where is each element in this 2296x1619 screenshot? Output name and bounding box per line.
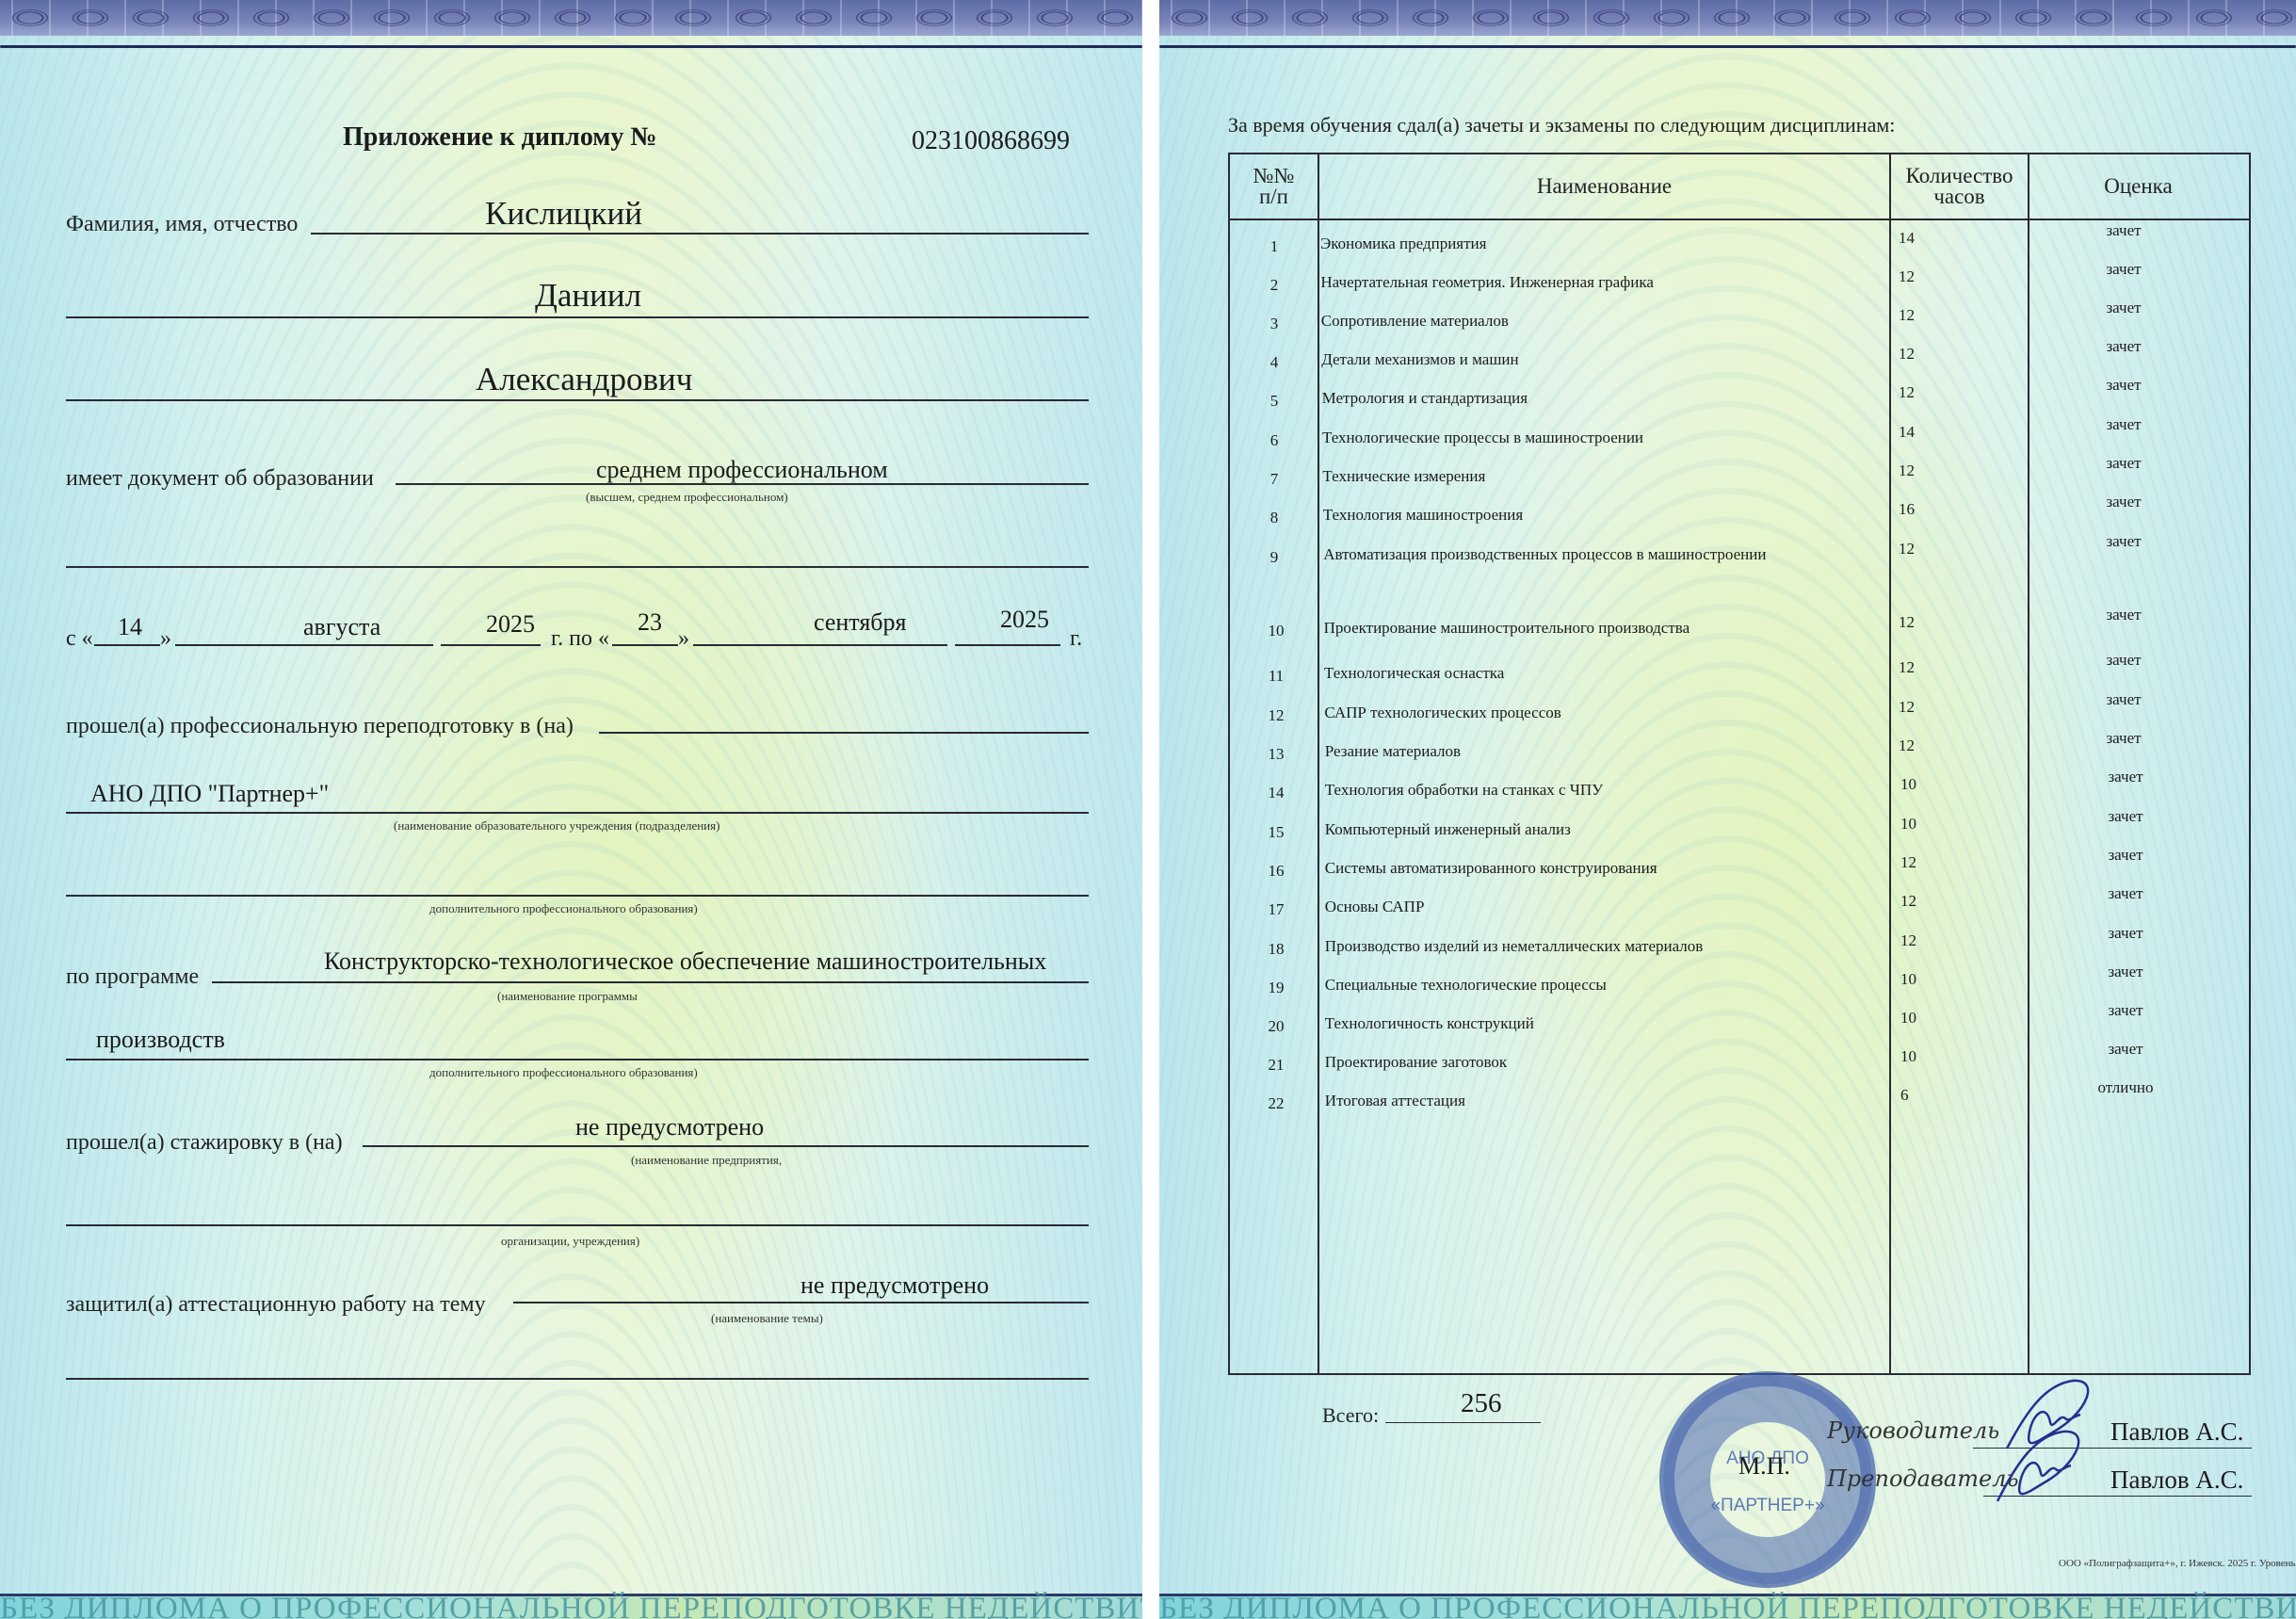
header-num: №№ п/п — [1230, 166, 1318, 207]
discipline-hours: 10 — [1900, 1009, 1916, 1028]
thesis-value: не предусмотрено — [800, 1271, 989, 1300]
discipline-name: Сопротивление материалов — [1321, 309, 1849, 333]
printer-note: ООО «Полиграфзащита+», г. Ижевск. 2025 г… — [2059, 1558, 2296, 1569]
total-line — [1385, 1422, 1541, 1423]
head-name: Павлов А.С. — [2110, 1417, 2243, 1447]
row-number: 2 — [1246, 276, 1302, 295]
discipline-grade: зачет — [2048, 690, 2199, 709]
discipline-grade: зачет — [2050, 963, 2201, 981]
discipline-grade: зачет — [2048, 493, 2199, 511]
discipline-grade: зачет — [2048, 299, 2199, 317]
discipline-name: Начертательная геометрия. Инженерная гра… — [1320, 270, 1848, 295]
discipline-hours: 12 — [1900, 892, 1916, 911]
row-number: 14 — [1248, 784, 1304, 802]
discipline-grade: зачет — [2050, 884, 2201, 903]
internship-caption-2: организации, учреждения) — [501, 1234, 639, 1249]
row-number: 6 — [1246, 431, 1302, 450]
validity-notice: БЕЗ ДИПЛОМА О ПРОФЕССИОНАЛЬНОЙ ПЕРЕПОДГО… — [1159, 1595, 2296, 1619]
discipline-name: Проектирование машиностроительного произ… — [1324, 616, 1851, 640]
discipline-grade: зачет — [2048, 606, 2199, 624]
discipline-grade: зачет — [2048, 337, 2199, 356]
education-caption: (высшем, среднем профессиональном) — [586, 490, 788, 505]
to-day-line — [612, 644, 678, 646]
discipline-name: Экономика предприятия — [1320, 232, 1848, 256]
institution-name: АНО ДПО "Партнер+" — [90, 780, 329, 808]
row-number: 18 — [1248, 940, 1304, 959]
discipline-grade: отлично — [2050, 1078, 2201, 1097]
total-hours: 256 — [1461, 1388, 1502, 1419]
discipline-name: Технологическая оснастка — [1324, 661, 1851, 686]
discipline-grade: зачет — [2048, 651, 2199, 670]
program-caption-2: дополнительного профессионального образо… — [429, 1065, 698, 1080]
discipline-hours: 12 — [1899, 345, 1915, 364]
program-name-line2: производств — [96, 1026, 225, 1054]
quote-close: » — [160, 626, 171, 652]
thesis-line — [513, 1302, 1089, 1303]
discipline-grade: зачет — [2050, 1040, 2201, 1059]
row-number: 8 — [1246, 509, 1302, 527]
discipline-grade: зачет — [2050, 1001, 2201, 1020]
signature-icon — [1988, 1422, 2101, 1507]
discipline-grade: зачет — [2050, 924, 2201, 943]
discipline-grade: зачет — [2048, 415, 2199, 434]
discipline-name: Производство изделий из неметаллических … — [1325, 934, 1852, 959]
institution-caption-2: дополнительного профессионального образо… — [429, 901, 698, 916]
header-hours: Количество часов — [1891, 166, 2028, 207]
head-label: Руководитель — [1827, 1417, 1999, 1444]
row-number: 16 — [1248, 862, 1304, 881]
discipline-name: Проектирование заготовок — [1325, 1050, 1852, 1075]
discipline-grade: зачет — [2048, 729, 2199, 748]
row-number: 3 — [1246, 315, 1302, 333]
col-divider — [1318, 153, 1319, 1373]
discipline-name: Основы САПР — [1325, 895, 1852, 919]
header-divider — [1228, 219, 2249, 220]
discipline-hours: 12 — [1899, 306, 1915, 325]
retraining-label: прошел(а) профессиональную переподготовк… — [66, 714, 574, 739]
discipline-hours: 10 — [1900, 815, 1916, 834]
discipline-name: Технологичность конструкций — [1325, 1012, 1852, 1036]
internship-line — [363, 1145, 1089, 1147]
row-number: 12 — [1248, 706, 1304, 725]
program-line — [212, 981, 1089, 983]
discipline-name: Технология машиностроения — [1323, 503, 1851, 527]
discipline-name: Технологические процессы в машиностроени… — [1322, 426, 1850, 450]
discipline-grade: зачет — [2048, 221, 2199, 240]
discipline-hours: 12 — [1899, 613, 1915, 632]
first-name: Даниил — [535, 277, 641, 315]
row-number: 20 — [1248, 1017, 1304, 1036]
total-label: Всего: — [1322, 1403, 1379, 1428]
seal-place-mark: М.П. — [1738, 1452, 1790, 1481]
discipline-hours: 16 — [1899, 500, 1915, 519]
divider — [1159, 45, 2296, 48]
period-from-month: августа — [303, 613, 380, 641]
discipline-grade: зачет — [2050, 807, 2201, 826]
row-number: 4 — [1246, 353, 1302, 372]
period-suffix: г. — [1070, 626, 1082, 652]
discipline-hours: 12 — [1900, 931, 1916, 950]
validity-notice: БЕЗ ДИПЛОМА О ПРОФЕССИОНАЛЬНОЙ ПЕРЕПОДГО… — [0, 1595, 1142, 1619]
to-year-line — [955, 644, 1060, 646]
discipline-hours: 6 — [1900, 1086, 1909, 1105]
row-number: 1 — [1246, 237, 1302, 256]
program-name-line1: Конструкторско-технологическое обеспечен… — [324, 947, 1046, 976]
col-divider — [1889, 153, 1891, 1373]
program-caption: (наименование программы — [497, 989, 638, 1004]
discipline-hours: 10 — [1900, 775, 1916, 794]
last-name: Кислицкий — [485, 195, 642, 233]
discipline-grade: зачет — [2048, 376, 2199, 395]
discipline-grade: зачет — [2050, 768, 2201, 786]
program-line-2 — [66, 1059, 1089, 1060]
discipline-name: Технические измерения — [1322, 464, 1850, 489]
discipline-name: Итоговая аттестация — [1325, 1089, 1852, 1113]
from-month-line — [175, 644, 433, 646]
row-number: 5 — [1246, 392, 1302, 411]
discipline-grade: зачет — [2048, 454, 2199, 473]
thesis-line-2 — [66, 1378, 1089, 1380]
row-number: 9 — [1246, 548, 1302, 567]
table-border — [1228, 153, 2251, 1375]
discipline-hours: 14 — [1899, 229, 1915, 248]
row-number: 19 — [1248, 979, 1304, 997]
fio-label: Фамилия, имя, отчество — [66, 212, 298, 237]
to-month-line — [693, 644, 947, 646]
period-to-month: сентября — [814, 608, 906, 637]
row-number: 11 — [1248, 667, 1304, 686]
discipline-hours: 12 — [1899, 540, 1915, 559]
discipline-name: Детали механизмов и машин — [1321, 348, 1849, 372]
fio-line — [311, 233, 1089, 235]
thesis-caption: (наименование темы) — [711, 1311, 823, 1326]
discipline-grade: зачет — [2048, 532, 2199, 551]
from-year-line — [441, 644, 541, 646]
education-label: имеет документ об образовании — [66, 466, 374, 492]
discipline-hours: 10 — [1900, 970, 1916, 989]
internship-value: не предусмотрено — [575, 1113, 764, 1141]
discipline-hours: 12 — [1899, 461, 1915, 480]
row-number: 22 — [1248, 1094, 1304, 1113]
thesis-label: защитил(а) аттестационную работу на тему — [66, 1292, 486, 1318]
diploma-supplement-left-page: Приложение к диплому № 023100868699 Фами… — [0, 0, 1142, 1619]
patronymic: Александрович — [476, 361, 692, 398]
discipline-name: Системы автоматизированного конструирова… — [1325, 856, 1852, 881]
discipline-hours: 12 — [1899, 737, 1915, 755]
discipline-grade: зачет — [2048, 260, 2199, 279]
discipline-hours: 10 — [1900, 1047, 1916, 1066]
decorative-top-band — [0, 0, 1142, 36]
discipline-name: Технология обработки на станках с ЧПУ — [1325, 778, 1852, 802]
internship-label: прошел(а) стажировку в (на) — [66, 1130, 343, 1156]
retraining-line — [599, 732, 1089, 734]
internship-caption: (наименование предприятия, — [631, 1153, 782, 1168]
row-number: 7 — [1246, 470, 1302, 489]
discipline-hours: 12 — [1899, 658, 1915, 677]
discipline-grade: зачет — [2050, 846, 2201, 865]
header-name: Наименование — [1319, 176, 1889, 197]
discipline-name: Резание материалов — [1325, 739, 1852, 764]
period-to-prefix: г. по « — [551, 626, 609, 652]
from-day-line — [94, 644, 160, 646]
program-label: по программе — [66, 964, 199, 990]
period-from-year: 2025 — [486, 610, 535, 639]
discipline-name: Автоматизация производственных процессов… — [1323, 542, 1851, 567]
discipline-name: Компьютерный инженерный анализ — [1325, 818, 1852, 842]
discipline-name: САПР технологических процессов — [1324, 701, 1851, 725]
row-number: 21 — [1248, 1056, 1304, 1075]
quote-close-2: » — [678, 626, 689, 652]
header-grade: Оценка — [2029, 176, 2247, 197]
divider — [0, 45, 1142, 48]
diploma-supplement-right-page: За время обучения сдал(а) зачеты и экзам… — [1159, 0, 2296, 1619]
discipline-name: Специальные технологические процессы — [1325, 973, 1852, 997]
discipline-hours: 12 — [1899, 267, 1915, 286]
stamp-org-line2: «ПАРТНЕР+» — [1663, 1496, 1872, 1516]
blank-line — [66, 566, 1089, 568]
row-number: 13 — [1248, 745, 1304, 764]
disciplines-intro: За время обучения сдал(а) зачеты и экзам… — [1228, 113, 1895, 138]
row-number: 15 — [1248, 823, 1304, 842]
discipline-hours: 12 — [1899, 698, 1915, 717]
period-from-prefix: с « — [66, 626, 93, 652]
discipline-name: Метрология и стандартизация — [1322, 386, 1850, 411]
institution-line — [66, 812, 1089, 814]
teacher-name: Павлов А.С. — [2110, 1465, 2243, 1495]
first-name-line — [66, 316, 1089, 318]
period-to-year: 2025 — [1000, 606, 1049, 634]
period-to-day: 23 — [638, 608, 662, 637]
internship-line-2 — [66, 1224, 1089, 1226]
page-title: Приложение к диплому № — [343, 122, 657, 153]
patronymic-line — [66, 399, 1089, 401]
row-number: 17 — [1248, 900, 1304, 919]
decorative-top-band — [1159, 0, 2296, 36]
education-value: среднем профессиональном — [596, 456, 888, 484]
discipline-hours: 14 — [1899, 423, 1915, 442]
row-number: 10 — [1248, 622, 1304, 640]
discipline-hours: 12 — [1899, 383, 1915, 402]
col-divider — [2028, 153, 2029, 1373]
institution-line-2 — [66, 895, 1089, 897]
institution-caption: (наименование образовательного учреждени… — [394, 818, 720, 834]
diploma-number: 023100868699 — [912, 126, 1070, 156]
period-from-day: 14 — [118, 613, 142, 641]
discipline-hours: 12 — [1900, 853, 1916, 872]
